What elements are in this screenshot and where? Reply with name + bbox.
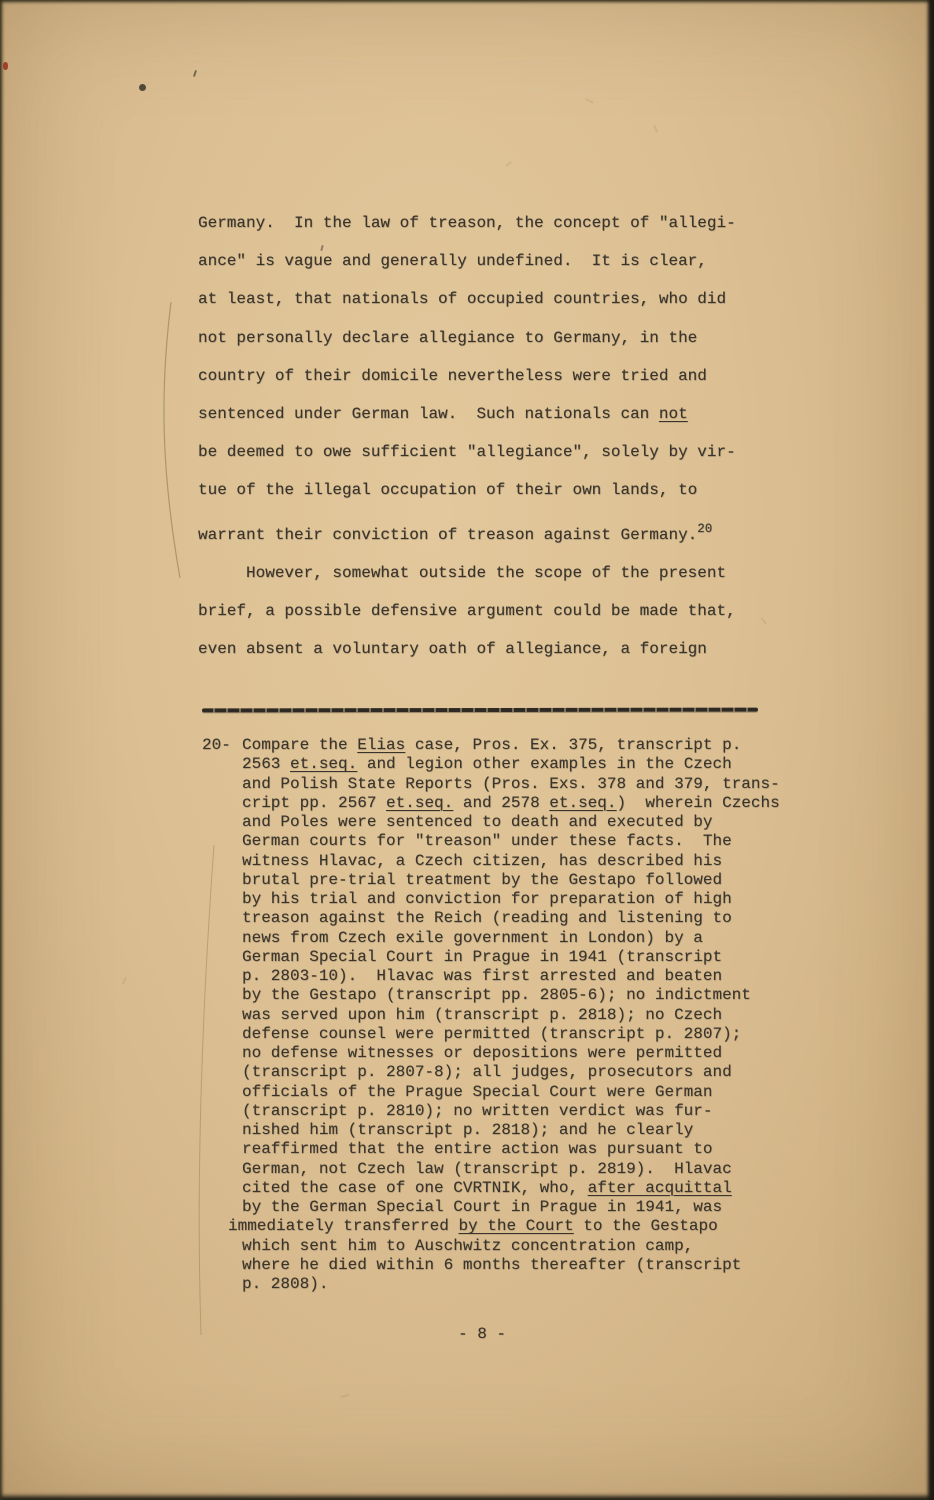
document-sheet: Germany. In the law of treason, the conc… xyxy=(0,0,934,1500)
text-line: no defense witnesses or depositions were… xyxy=(242,1044,842,1063)
text-line: by the German Special Court in Prague in… xyxy=(242,1198,842,1217)
text-line: p. 2808). xyxy=(242,1275,842,1294)
footnote: 20- Compare the Elias case, Pros. Ex. 37… xyxy=(202,736,842,1294)
paper-fiber xyxy=(585,98,594,103)
footnote-separator xyxy=(202,708,758,712)
text-line: reaffirmed that the entire action was pu… xyxy=(242,1140,842,1159)
text-line: German Special Court in Prague in 1941 (… xyxy=(242,948,842,967)
text-line: German courts for "treason" under these … xyxy=(242,832,842,851)
text-line: witness Hlavac, a Czech citizen, has des… xyxy=(242,852,842,871)
text-line: 2563 et.seq. and legion other examples i… xyxy=(242,755,842,774)
text-line: defense counsel were permitted (transcri… xyxy=(242,1025,842,1044)
text-line: cited the case of one CVRTNIK, who, afte… xyxy=(242,1179,842,1198)
text-line: be deemed to owe sufficient "allegiance"… xyxy=(198,433,798,471)
text-line: by his trial and conviction for preparat… xyxy=(242,890,842,909)
crease-line xyxy=(164,302,180,578)
text-line: news from Czech exile government in Lond… xyxy=(242,929,842,948)
text-line: country of their domicile nevertheless w… xyxy=(198,357,798,395)
text-line: p. 2803-10). Hlavac was first arrested a… xyxy=(242,967,842,986)
text-line: not personally declare allegiance to Ger… xyxy=(198,319,798,357)
red-ink-speck xyxy=(3,62,8,70)
text-line: was served upon him (transcript p. 2818)… xyxy=(242,1006,842,1025)
text-line: sentenced under German law. Such nationa… xyxy=(198,395,798,433)
text-line: Compare the Elias case, Pros. Ex. 375, t… xyxy=(242,736,842,755)
paper-fiber xyxy=(340,1394,349,1398)
text-line: cript pp. 2567 et.seq. and 2578 et.seq.)… xyxy=(242,794,842,813)
body-paragraph: Germany. In the law of treason, the conc… xyxy=(198,204,798,668)
text-line: German, not Czech law (transcript p. 281… xyxy=(242,1160,842,1179)
text-line: ance" is vague and generally undefined. … xyxy=(198,242,798,280)
text-line: (transcript p. 2810); no written verdict… xyxy=(242,1102,842,1121)
paper-fiber xyxy=(122,977,127,985)
text-line: tue of the illegal occupation of their o… xyxy=(198,471,798,509)
text-line: even absent a voluntary oath of allegian… xyxy=(198,630,798,668)
footnote-marker: 20- xyxy=(202,736,231,755)
text-line: officials of the Prague Special Court we… xyxy=(242,1083,842,1102)
paper-fiber xyxy=(654,125,658,133)
footnote-text: Compare the Elias case, Pros. Ex. 375, t… xyxy=(242,736,842,1294)
ink-dot xyxy=(139,84,146,91)
paper-fiber xyxy=(505,161,511,167)
text-line: Germany. In the law of treason, the conc… xyxy=(198,204,798,242)
text-line: However, somewhat outside the scope of t… xyxy=(198,554,798,592)
text-line: at least, that nationals of occupied cou… xyxy=(198,280,798,318)
text-line: by the Gestapo (transcript pp. 2805-6); … xyxy=(242,986,842,1005)
ink-tick xyxy=(193,70,197,77)
text-line: brutal pre-trial treatment by the Gestap… xyxy=(242,871,842,890)
page-number: - 8 - xyxy=(458,1325,506,1344)
text-line: which sent him to Auschwitz concentratio… xyxy=(242,1237,842,1256)
text-line: treason against the Reich (reading and l… xyxy=(242,909,842,928)
text-line: (transcript p. 2807-8); all judges, pros… xyxy=(242,1063,842,1082)
text-line: nished him (transcript p. 2818); and he … xyxy=(242,1121,842,1140)
text-line: where he died within 6 months thereafter… xyxy=(242,1256,842,1275)
screenshot-root: Germany. In the law of treason, the conc… xyxy=(0,0,934,1500)
text-line: and Poles were sentenced to death and ex… xyxy=(242,813,842,832)
text-line: brief, a possible defensive argument cou… xyxy=(198,592,798,630)
text-line: and Polish State Reports (Pros. Exs. 378… xyxy=(242,775,842,794)
text-line: immediately transferred by the Court to … xyxy=(228,1217,842,1236)
text-line: warrant their conviction of treason agai… xyxy=(198,510,798,554)
